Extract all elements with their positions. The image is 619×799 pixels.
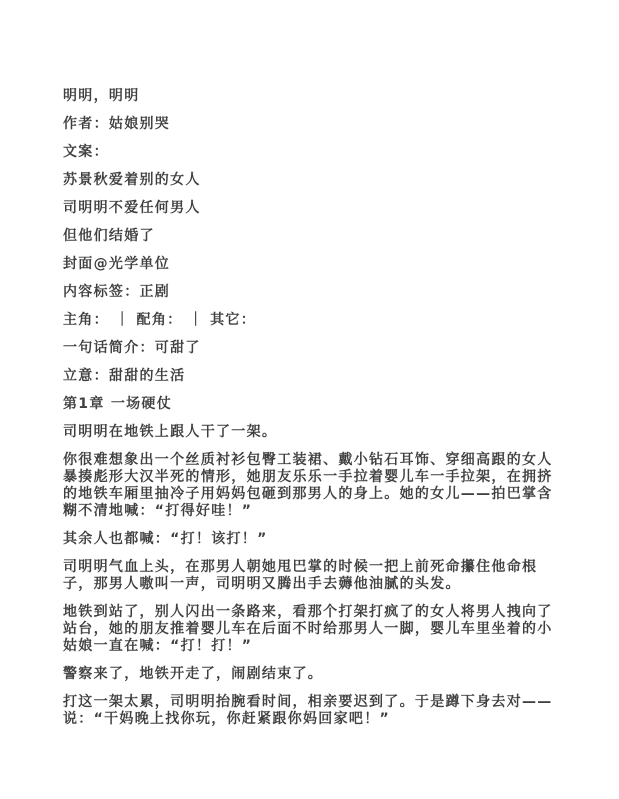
body-section: 司明明在地铁上跟人干了一架。你很难想象出一个丝质衬衫包臀工装裙、戴小钻石耳饰、穿… <box>63 424 561 728</box>
meta-line: 苏景秋爱着别的女人 <box>63 172 561 189</box>
meta-line: 但他们结婚了 <box>63 228 561 245</box>
paragraph: 你很难想象出一个丝质衬衫包臀工装裙、戴小钻石耳饰、穿细高跟的女人暴揍彪形大汉半死… <box>63 452 561 520</box>
meta-line: 司明明不爱任何男人 <box>63 200 561 217</box>
paragraph: 地铁到站了，别人闪出一条路来，看那个打架打疯了的女人将男人拽向了站台，她的朋友推… <box>63 604 561 655</box>
chapter-heading: 第1章 一场硬仗 <box>63 396 561 413</box>
paragraph: 司明明在地铁上跟人干了一架。 <box>63 424 561 441</box>
meta-line: 一句话简介：可甜了 <box>63 340 561 357</box>
meta-line: 封面@光学单位 <box>63 256 561 273</box>
meta-line: 立意：甜甜的生活 <box>63 368 561 385</box>
paragraph: 其余人也都喊：“打！该打！” <box>63 531 561 548</box>
meta-line: 主角： ｜ 配角： ｜ 其它： <box>63 312 561 329</box>
document-page: 明明，明明 作者：姑娘别哭 文案：苏景秋爱着别的女人司明明不爱任何男人但他们结婚… <box>0 0 619 799</box>
meta-line: 文案： <box>63 144 561 161</box>
paragraph: 警察来了，地铁开走了，闹剧结束了。 <box>63 666 561 683</box>
meta-line: 内容标签：正剧 <box>63 284 561 301</box>
paragraph: 司明明气血上头，在那男人朝她甩巴掌的时候一把上前死命攥住他命根子，那男人嗷叫一声… <box>63 559 561 593</box>
author-line: 作者：姑娘别哭 <box>63 116 561 133</box>
paragraph: 打这一架太累，司明明抬腕看时间，相亲要迟到了。于是蹲下身去对——说：“干妈晚上找… <box>63 694 561 728</box>
page-title: 明明，明明 <box>63 88 561 105</box>
meta-section: 文案：苏景秋爱着别的女人司明明不爱任何男人但他们结婚了封面@光学单位内容标签：正… <box>63 144 561 385</box>
